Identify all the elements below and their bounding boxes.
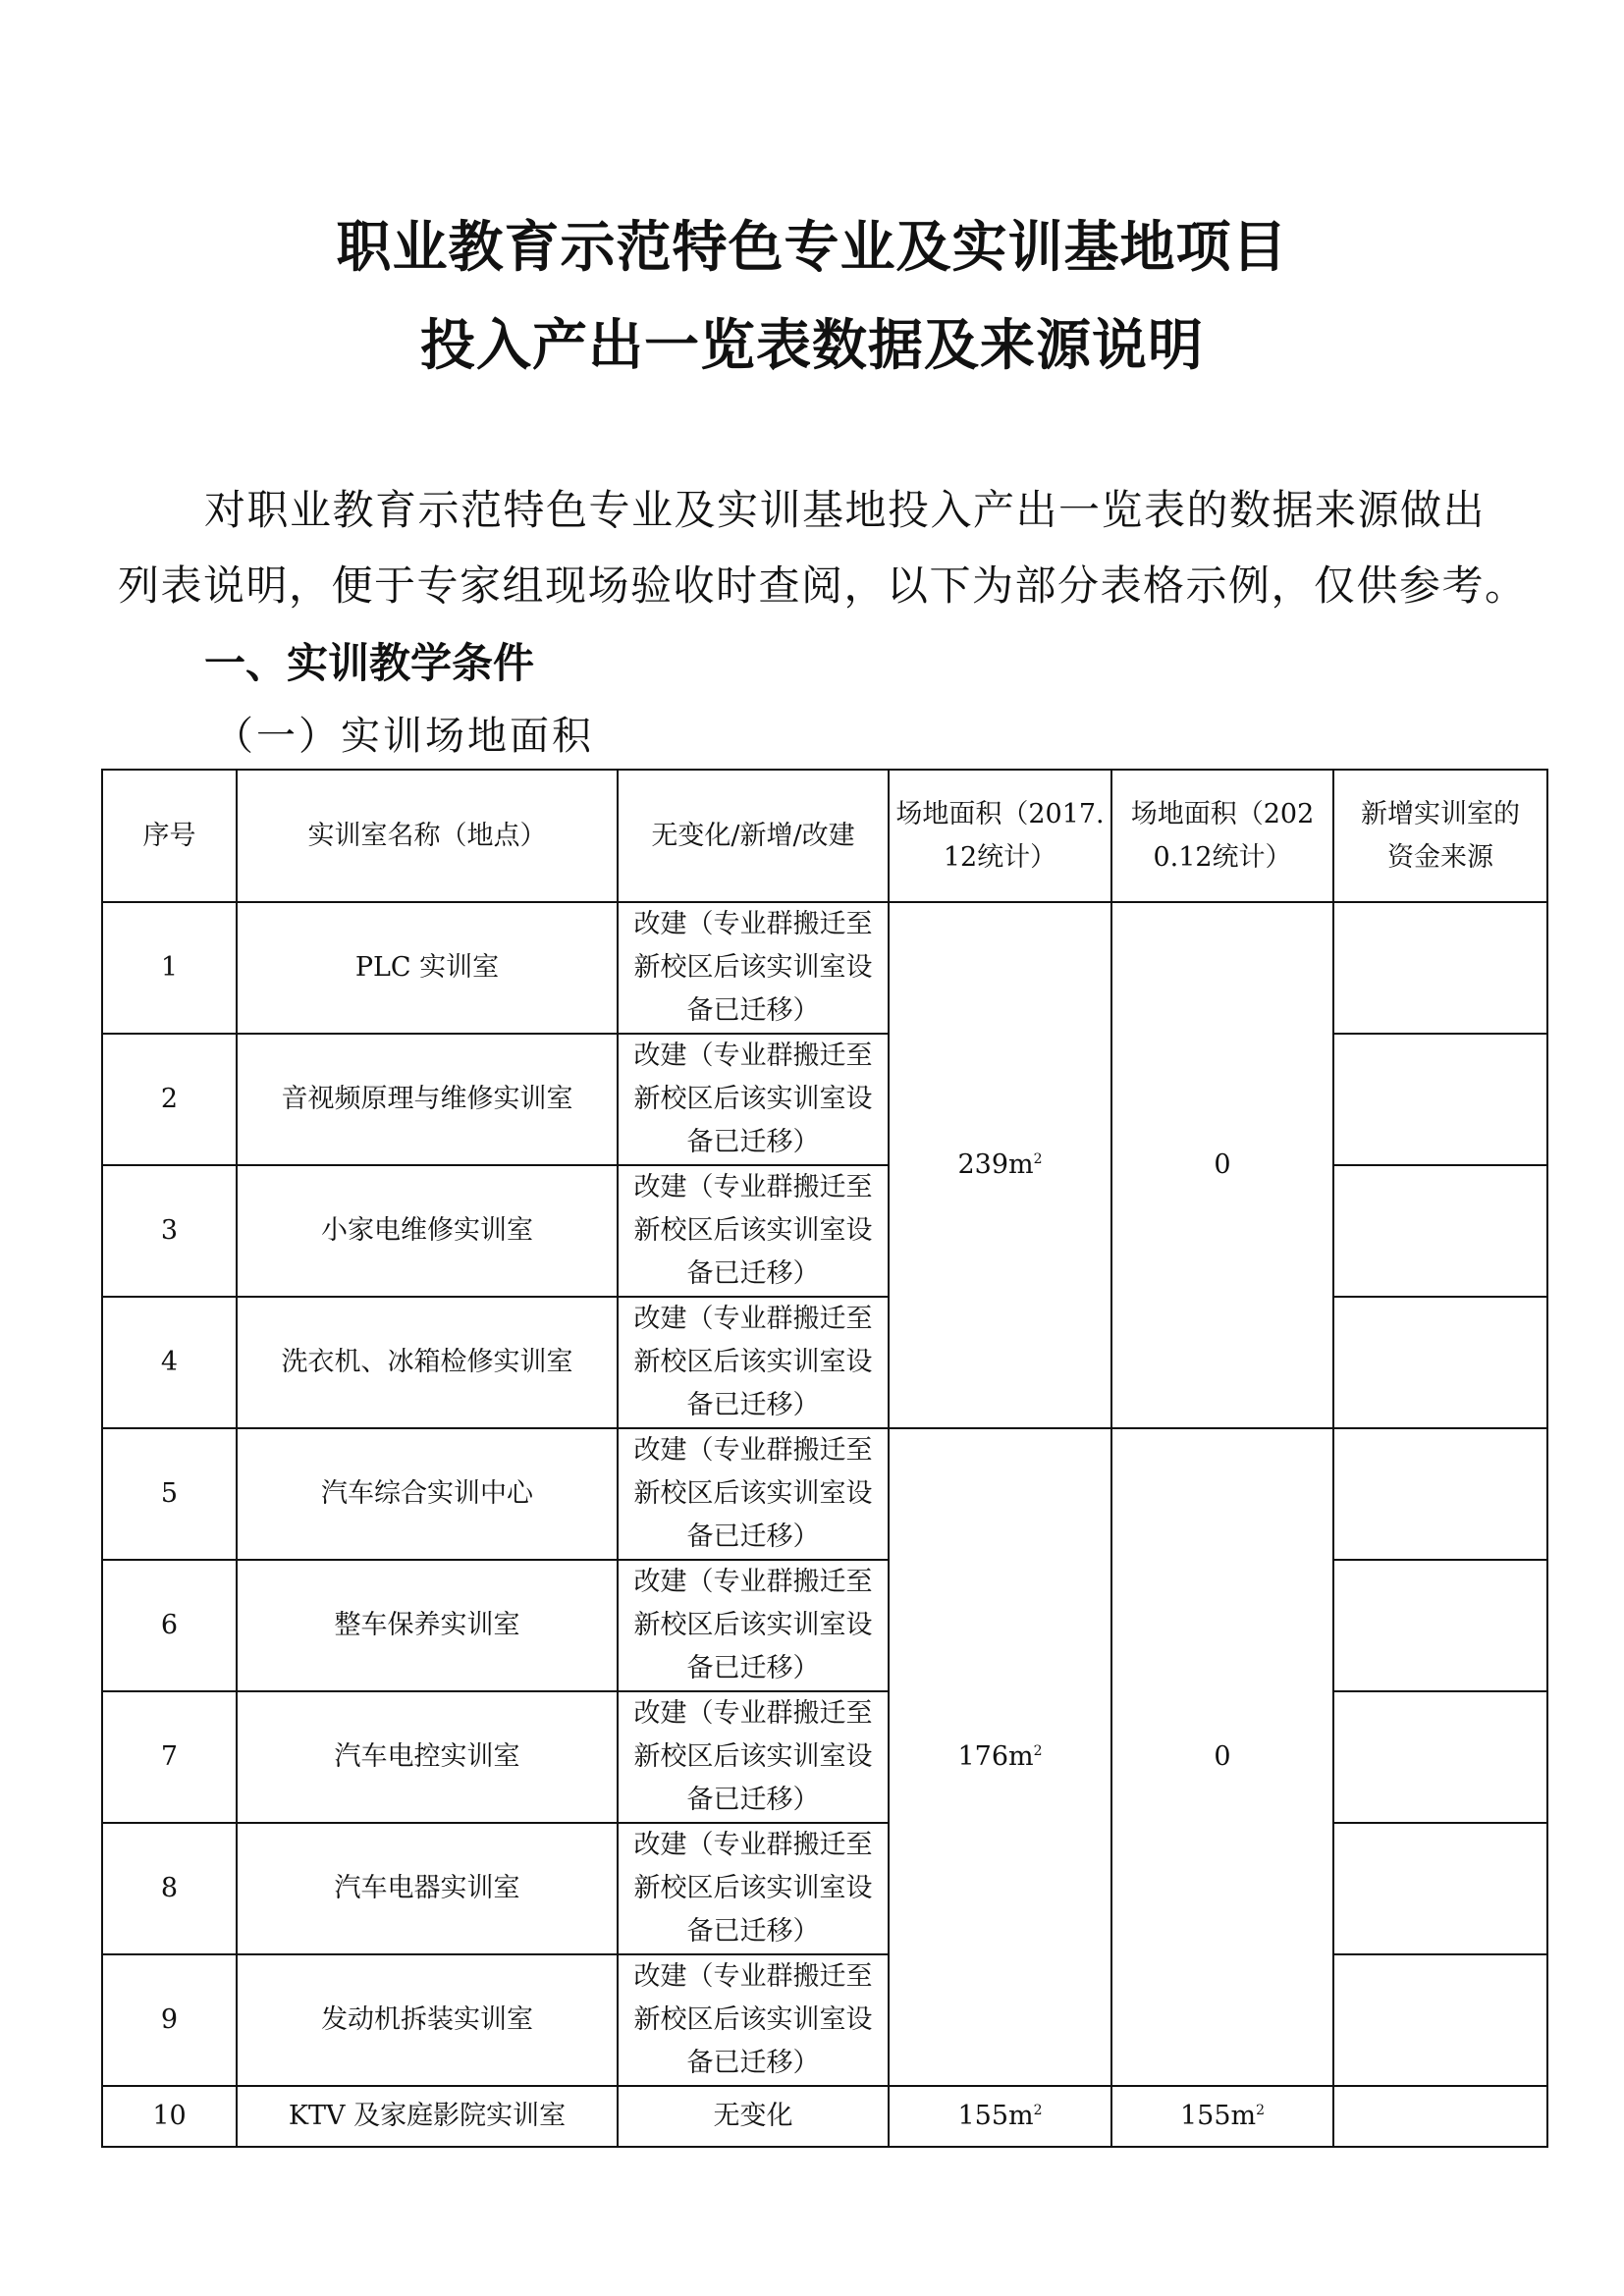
cell-funding xyxy=(1333,1034,1547,1165)
area-value: 155m xyxy=(957,2101,1033,2131)
cell-area-2020-group-1: 0 xyxy=(1111,902,1333,1428)
cell-name: 整车保养实训室 xyxy=(237,1560,618,1691)
cell-status: 改建（专业群搬迁至新校区后该实训室设备已迁移） xyxy=(618,1165,889,1297)
cell-index: 10 xyxy=(102,2086,237,2147)
cell-index: 3 xyxy=(102,1165,237,1297)
cell-funding xyxy=(1333,1560,1547,1691)
document-title-line-2: 投入产出一览表数据及来源说明 xyxy=(0,312,1624,381)
cell-area-2017-group-1: 239m2 xyxy=(889,902,1111,1428)
cell-name: 汽车电器实训室 xyxy=(237,1823,618,1954)
area-value: 239m xyxy=(957,1149,1033,1180)
header-area-2020: 场地面积（2020.12统计） xyxy=(1111,770,1333,902)
cell-status: 改建（专业群搬迁至新校区后该实训室设备已迁移） xyxy=(618,1954,889,2086)
header-funding: 新增实训室的资金来源 xyxy=(1333,770,1547,902)
cell-funding xyxy=(1333,1691,1547,1823)
cell-status: 改建（专业群搬迁至新校区后该实训室设备已迁移） xyxy=(618,1428,889,1560)
document-title-line-1: 职业教育示范特色专业及实训基地项目 xyxy=(0,214,1624,283)
cell-index: 5 xyxy=(102,1428,237,1560)
cell-funding xyxy=(1333,2086,1547,2147)
cell-area-2020-group-2: 0 xyxy=(1111,1428,1333,2086)
cell-name: 音视频原理与维修实训室 xyxy=(237,1034,618,1165)
unit-superscript: 2 xyxy=(1034,1743,1043,1759)
cell-funding xyxy=(1333,1823,1547,1954)
cell-area-2017: 155m2 xyxy=(889,2086,1111,2147)
cell-index: 2 xyxy=(102,1034,237,1165)
cell-area-2020: 155m2 xyxy=(1111,2086,1333,2147)
cell-name: 洗衣机、冰箱检修实训室 xyxy=(237,1297,618,1428)
cell-index: 7 xyxy=(102,1691,237,1823)
cell-funding xyxy=(1333,1428,1547,1560)
area-value: 155m xyxy=(1180,2101,1256,2131)
cell-status: 改建（专业群搬迁至新校区后该实训室设备已迁移） xyxy=(618,1691,889,1823)
cell-funding xyxy=(1333,1954,1547,2086)
cell-index: 6 xyxy=(102,1560,237,1691)
header-index: 序号 xyxy=(102,770,237,902)
cell-index: 4 xyxy=(102,1297,237,1428)
cell-name: 汽车综合实训中心 xyxy=(237,1428,618,1560)
table-header-row: 序号 实训室名称（地点） 无变化/新增/改建 场地面积（2017.12统计） 场… xyxy=(102,770,1547,902)
training-site-area-table: 序号 实训室名称（地点） 无变化/新增/改建 场地面积（2017.12统计） 场… xyxy=(101,769,1548,2148)
cell-funding xyxy=(1333,902,1547,1034)
cell-index: 9 xyxy=(102,1954,237,2086)
cell-status: 改建（专业群搬迁至新校区后该实训室设备已迁移） xyxy=(618,1560,889,1691)
cell-name: 发动机拆装实训室 xyxy=(237,1954,618,2086)
header-name: 实训室名称（地点） xyxy=(237,770,618,902)
header-area-2017: 场地面积（2017.12统计） xyxy=(889,770,1111,902)
area-value: 176m xyxy=(957,1741,1033,1772)
cell-name: PLC 实训室 xyxy=(237,902,618,1034)
unit-superscript: 2 xyxy=(1034,1151,1043,1167)
cell-name: 小家电维修实训室 xyxy=(237,1165,618,1297)
cell-status: 改建（专业群搬迁至新校区后该实训室设备已迁移） xyxy=(618,1823,889,1954)
cell-status: 无变化 xyxy=(618,2086,889,2147)
cell-funding xyxy=(1333,1165,1547,1297)
unit-superscript: 2 xyxy=(1034,2103,1043,2118)
section-heading: 一、实训教学条件 xyxy=(204,636,534,691)
cell-status: 改建（专业群搬迁至新校区后该实训室设备已迁移） xyxy=(618,1297,889,1428)
cell-area-2017-group-2: 176m2 xyxy=(889,1428,1111,2086)
header-status: 无变化/新增/改建 xyxy=(618,770,889,902)
cell-index: 1 xyxy=(102,902,237,1034)
cell-status: 改建（专业群搬迁至新校区后该实训室设备已迁移） xyxy=(618,902,889,1034)
subsection-heading: （一）实训场地面积 xyxy=(214,709,594,764)
intro-paragraph-line-1: 对职业教育示范特色专业及实训基地投入产出一览表的数据来源做出 xyxy=(204,483,1486,538)
cell-name: 汽车电控实训室 xyxy=(237,1691,618,1823)
intro-paragraph-line-2: 列表说明，便于专家组现场验收时查阅，以下为部分表格示例，仅供参考。 xyxy=(118,559,1528,614)
cell-funding xyxy=(1333,1297,1547,1428)
unit-superscript: 2 xyxy=(1256,2103,1265,2118)
table-row: 10 KTV 及家庭影院实训室 无变化 155m2 155m2 xyxy=(102,2086,1547,2147)
table-row: 1 PLC 实训室 改建（专业群搬迁至新校区后该实训室设备已迁移） 239m2 … xyxy=(102,902,1547,1034)
cell-status: 改建（专业群搬迁至新校区后该实训室设备已迁移） xyxy=(618,1034,889,1165)
cell-index: 8 xyxy=(102,1823,237,1954)
cell-name: KTV 及家庭影院实训室 xyxy=(237,2086,618,2147)
table-row: 5 汽车综合实训中心 改建（专业群搬迁至新校区后该实训室设备已迁移） 176m2… xyxy=(102,1428,1547,1560)
